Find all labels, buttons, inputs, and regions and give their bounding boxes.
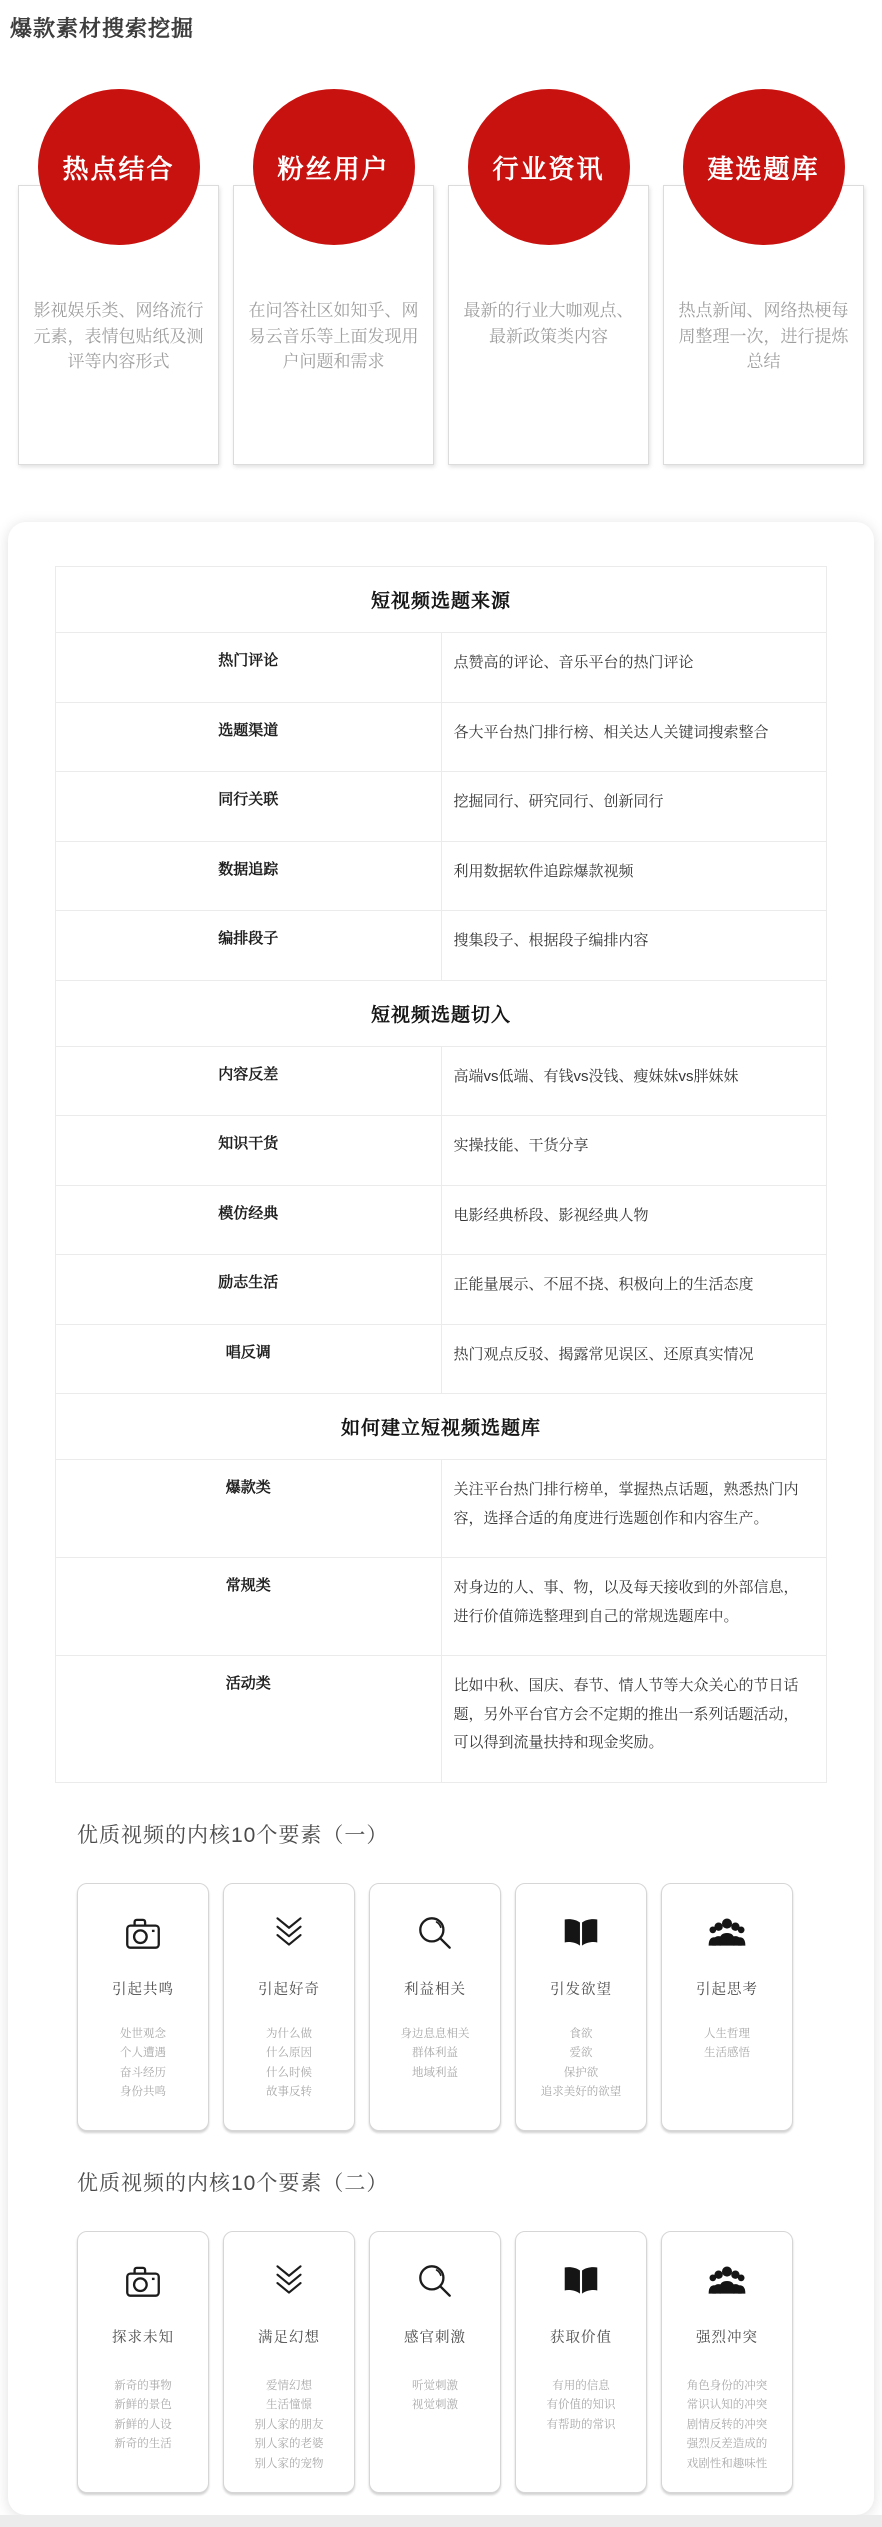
factor-detail-line: 听觉刺激 — [375, 2377, 495, 2397]
factor-card: 引发欲望 食欲 爱欲 保护欲 追求美好的欲望 — [515, 1883, 647, 2131]
factor-detail-line: 保护欲 — [521, 2064, 641, 2084]
factor-detail-line: 视觉刺激 — [375, 2396, 495, 2416]
factor-detail-line: 身边息息相关 — [375, 2025, 495, 2045]
pillar-label: 行业资讯 — [492, 149, 604, 186]
pillar-bubble: 建选题库 — [683, 89, 845, 245]
row-content: 正能量展示、不屈不挠、积极向上的生活态度 — [441, 1255, 827, 1325]
factor-detail-line: 有用的信息 — [521, 2377, 641, 2397]
camera-icon — [83, 1910, 203, 1956]
factor-card: 获取价值 有用的信息 有价值的知识 有帮助的常识 — [515, 2231, 647, 2493]
factor-card: 满足幻想 爱情幻想 生活憧憬 别人家的朋友 别人家的老婆 别人家的宠物 — [223, 2231, 355, 2493]
row-label: 知识干货 — [56, 1116, 442, 1186]
factor-detail-line: 食欲 — [521, 2025, 641, 2045]
table-row: 选题渠道 各大平台热门排行榜、相关达人关键词搜索整合 — [56, 702, 827, 772]
pillars-row: 热点结合 影视娱乐类、网络流行元素，表情包贴纸及测评等内容形式 粉丝用户 在问答… — [0, 89, 882, 465]
factor-section-2: 优质视频的内核10个要素（二） 探求未知 新奇的事物 新鲜的 — [8, 2167, 874, 2493]
pillar-label: 建选题库 — [707, 149, 819, 186]
row-content: 关注平台热门排行榜单，掌握热点话题，熟悉热门内容，选择合适的角度进行选题创作和内… — [441, 1460, 827, 1558]
table-section-header-row: 如何建立短视频选题库 — [56, 1394, 827, 1460]
open-book-icon — [521, 2258, 641, 2304]
factor-detail-line: 有帮助的常识 — [521, 2416, 641, 2436]
pillar-description: 影视娱乐类、网络流行元素，表情包贴纸及测评等内容形式 — [31, 298, 206, 375]
factor-details: 食欲 爱欲 保护欲 追求美好的欲望 — [521, 2025, 641, 2103]
row-label: 爆款类 — [56, 1460, 442, 1558]
row-content: 挖掘同行、研究同行、创新同行 — [441, 772, 827, 842]
pillar-topic-library: 建选题库 热点新闻、网络热梗每周整理一次，进行提炼总结 — [663, 89, 864, 465]
factor-detail-line: 处世观念 — [83, 2025, 203, 2045]
factor-card: 引起好奇 为什么做 什么原因 什么时候 故事反转 — [223, 1883, 355, 2131]
table-row: 励志生活 正能量展示、不屈不挠、积极向上的生活态度 — [56, 1255, 827, 1325]
row-content: 搜集段子、根据段子编排内容 — [441, 911, 827, 981]
pillar-fans-users: 粉丝用户 在问答社区如知乎、网易云音乐等上面发现用户问题和需求 — [233, 89, 434, 465]
factor-cards-row: 探求未知 新奇的事物 新鲜的景色 新鲜的人设 新奇的生活 — [77, 2231, 874, 2493]
factor-detail-line: 剧情反转的冲突 — [667, 2416, 787, 2436]
factor-detail-line: 什么原因 — [229, 2044, 349, 2064]
chevrons-down-icon — [229, 2258, 349, 2304]
row-label: 活动类 — [56, 1656, 442, 1783]
factor-card: 探求未知 新奇的事物 新鲜的景色 新鲜的人设 新奇的生活 — [77, 2231, 209, 2493]
section-heading: 优质视频的内核10个要素（一） — [77, 1819, 874, 1849]
table-section-header-row: 短视频选题切入 — [56, 980, 827, 1046]
pillar-industry-news: 行业资讯 最新的行业大咖观点、最新政策类内容 — [448, 89, 649, 465]
table-row: 编排段子 搜集段子、根据段子编排内容 — [56, 911, 827, 981]
factor-details: 人生哲理 生活感悟 — [667, 2025, 787, 2064]
pillar-hot-topics: 热点结合 影视娱乐类、网络流行元素，表情包贴纸及测评等内容形式 — [18, 89, 219, 465]
factor-card: 感官刺激 听觉刺激 视觉刺激 — [369, 2231, 501, 2493]
table-row: 同行关联 挖掘同行、研究同行、创新同行 — [56, 772, 827, 842]
row-label: 编排段子 — [56, 911, 442, 981]
factor-title: 感官刺激 — [375, 2326, 495, 2347]
factor-detail-line: 生活憧憬 — [229, 2396, 349, 2416]
row-label: 唱反调 — [56, 1324, 442, 1394]
page-title: 爆款素材搜索挖掘 — [10, 12, 882, 43]
factor-details: 有用的信息 有价值的知识 有帮助的常识 — [521, 2377, 641, 2436]
pillar-description: 在问答社区如知乎、网易云音乐等上面发现用户问题和需求 — [246, 298, 421, 375]
section-heading: 优质视频的内核10个要素（二） — [77, 2167, 874, 2197]
factor-card: 引起思考 人生哲理 生活感悟 — [661, 1883, 793, 2131]
factor-details: 爱情幻想 生活憧憬 别人家的朋友 别人家的老婆 别人家的宠物 — [229, 2377, 349, 2475]
row-label: 同行关联 — [56, 772, 442, 842]
row-label: 内容反差 — [56, 1046, 442, 1116]
factor-title: 引起共鸣 — [83, 1978, 203, 1999]
pillar-bubble: 粉丝用户 — [253, 89, 415, 245]
factor-detail-line: 新鲜的景色 — [83, 2396, 203, 2416]
table-row: 常规类 对身边的人、事、物，以及每天接收到的外部信息，进行价值筛选整理到自己的常… — [56, 1558, 827, 1656]
factor-detail-line: 群体利益 — [375, 2044, 495, 2064]
factor-title: 强烈冲突 — [667, 2326, 787, 2347]
factor-detail-line: 新奇的生活 — [83, 2435, 203, 2455]
factor-details: 听觉刺激 视觉刺激 — [375, 2377, 495, 2416]
pillar-description: 最新的行业大咖观点、最新政策类内容 — [461, 298, 636, 349]
factor-title: 引发欲望 — [521, 1978, 641, 1999]
row-content: 对身边的人、事、物，以及每天接收到的外部信息，进行价值筛选整理到自己的常规选题库… — [441, 1558, 827, 1656]
factor-detail-line: 故事反转 — [229, 2083, 349, 2103]
factor-detail-line: 有价值的知识 — [521, 2396, 641, 2416]
table-row: 内容反差 高端vs低端、有钱vs没钱、瘦妹妹vs胖妹妹 — [56, 1046, 827, 1116]
factor-detail-line: 身份共鸣 — [83, 2083, 203, 2103]
factor-card: 引起共鸣 处世观念 个人遭遇 奋斗经历 身份共鸣 — [77, 1883, 209, 2131]
factor-detail-line: 别人家的老婆 — [229, 2435, 349, 2455]
topic-table: 短视频选题来源 热门评论 点赞高的评论、音乐平台的热门评论 选题渠道 各大平台热… — [55, 566, 827, 1783]
footer-strip — [0, 2515, 882, 2527]
table-row: 唱反调 热门观点反驳、揭露常见误区、还原真实情况 — [56, 1324, 827, 1394]
factor-details: 新奇的事物 新鲜的景色 新鲜的人设 新奇的生活 — [83, 2377, 203, 2455]
row-content: 电影经典桥段、影视经典人物 — [441, 1185, 827, 1255]
factor-title: 引起思考 — [667, 1978, 787, 1999]
chevrons-down-icon — [229, 1910, 349, 1956]
factor-detail-line: 戏剧性和趣味性 — [667, 2455, 787, 2475]
content-card: 短视频选题来源 热门评论 点赞高的评论、音乐平台的热门评论 选题渠道 各大平台热… — [8, 522, 874, 2515]
pillar-description: 热点新闻、网络热梗每周整理一次，进行提炼总结 — [676, 298, 851, 375]
factor-detail-line: 强烈反差造成的 — [667, 2435, 787, 2455]
factor-section-1: 优质视频的内核10个要素（一） 引起共鸣 处世观念 个人遭遇 — [8, 1819, 874, 2131]
factor-cards-row: 引起共鸣 处世观念 个人遭遇 奋斗经历 身份共鸣 — [77, 1883, 874, 2131]
table-row: 模仿经典 电影经典桥段、影视经典人物 — [56, 1185, 827, 1255]
factor-detail-line: 别人家的朋友 — [229, 2416, 349, 2436]
row-content: 比如中秋、国庆、春节、情人节等大众关心的节日话题，另外平台官方会不定期的推出一系… — [441, 1656, 827, 1783]
row-label: 模仿经典 — [56, 1185, 442, 1255]
row-label: 热门评论 — [56, 633, 442, 703]
factor-details: 处世观念 个人遭遇 奋斗经历 身份共鸣 — [83, 2025, 203, 2103]
factor-detail-line: 奋斗经历 — [83, 2064, 203, 2084]
factor-detail-line: 什么时候 — [229, 2064, 349, 2084]
row-label: 数据追踪 — [56, 841, 442, 911]
row-label: 常规类 — [56, 1558, 442, 1656]
table-row: 知识干货 实操技能、干货分享 — [56, 1116, 827, 1186]
factor-detail-line: 个人遭遇 — [83, 2044, 203, 2064]
factor-detail-line: 爱欲 — [521, 2044, 641, 2064]
magnifier-icon — [375, 2258, 495, 2304]
table-section-title: 短视频选题切入 — [56, 980, 827, 1046]
factor-details: 角色身份的冲突 常识认知的冲突 剧情反转的冲突 强烈反差造成的 戏剧性和趣味性 — [667, 2377, 787, 2475]
row-label: 励志生活 — [56, 1255, 442, 1325]
factor-detail-line: 爱情幻想 — [229, 2377, 349, 2397]
factor-detail-line: 人生哲理 — [667, 2025, 787, 2045]
factor-details: 为什么做 什么原因 什么时候 故事反转 — [229, 2025, 349, 2103]
pillar-bubble: 热点结合 — [38, 89, 200, 245]
table-row: 活动类 比如中秋、国庆、春节、情人节等大众关心的节日话题，另外平台官方会不定期的… — [56, 1656, 827, 1783]
factor-detail-line: 生活感悟 — [667, 2044, 787, 2064]
factor-title: 引起好奇 — [229, 1978, 349, 1999]
infographic-page: 爆款素材搜索挖掘 热点结合 影视娱乐类、网络流行元素，表情包贴纸及测评等内容形式… — [0, 0, 882, 2527]
row-content: 各大平台热门排行榜、相关达人关键词搜索整合 — [441, 702, 827, 772]
row-label: 选题渠道 — [56, 702, 442, 772]
factor-detail-line: 角色身份的冲突 — [667, 2377, 787, 2397]
row-content: 利用数据软件追踪爆款视频 — [441, 841, 827, 911]
factor-card: 强烈冲突 角色身份的冲突 常识认知的冲突 剧情反转的冲突 强烈反差造成的 戏剧性… — [661, 2231, 793, 2493]
people-group-icon — [667, 1910, 787, 1956]
factor-detail-line: 别人家的宠物 — [229, 2455, 349, 2475]
factor-title: 探求未知 — [83, 2326, 203, 2347]
table-section-title: 如何建立短视频选题库 — [56, 1394, 827, 1460]
hero-section: 爆款素材搜索挖掘 热点结合 影视娱乐类、网络流行元素，表情包贴纸及测评等内容形式… — [0, 0, 882, 465]
table-section-header-row: 短视频选题来源 — [56, 567, 827, 633]
factor-details: 身边息息相关 群体利益 地域利益 — [375, 2025, 495, 2084]
factor-detail-line: 追求美好的欲望 — [521, 2083, 641, 2103]
table-row: 数据追踪 利用数据软件追踪爆款视频 — [56, 841, 827, 911]
magnifier-icon — [375, 1910, 495, 1956]
row-content: 热门观点反驳、揭露常见误区、还原真实情况 — [441, 1324, 827, 1394]
row-content: 高端vs低端、有钱vs没钱、瘦妹妹vs胖妹妹 — [441, 1046, 827, 1116]
camera-icon — [83, 2258, 203, 2304]
factor-detail-line: 新鲜的人设 — [83, 2416, 203, 2436]
pillar-label: 热点结合 — [62, 149, 174, 186]
factor-detail-line: 新奇的事物 — [83, 2377, 203, 2397]
table-row: 爆款类 关注平台热门排行榜单，掌握热点话题，熟悉热门内容，选择合适的角度进行选题… — [56, 1460, 827, 1558]
pillar-label: 粉丝用户 — [277, 149, 389, 186]
row-content: 点赞高的评论、音乐平台的热门评论 — [441, 633, 827, 703]
factor-detail-line: 地域利益 — [375, 2064, 495, 2084]
factor-detail-line: 常识认知的冲突 — [667, 2396, 787, 2416]
factor-title: 利益相关 — [375, 1978, 495, 1999]
people-group-icon — [667, 2258, 787, 2304]
table-row: 热门评论 点赞高的评论、音乐平台的热门评论 — [56, 633, 827, 703]
factor-title: 满足幻想 — [229, 2326, 349, 2347]
open-book-icon — [521, 1910, 641, 1956]
factor-card: 利益相关 身边息息相关 群体利益 地域利益 — [369, 1883, 501, 2131]
pillar-bubble: 行业资讯 — [468, 89, 630, 245]
table-section-title: 短视频选题来源 — [56, 567, 827, 633]
factor-detail-line: 为什么做 — [229, 2025, 349, 2045]
factor-title: 获取价值 — [521, 2326, 641, 2347]
row-content: 实操技能、干货分享 — [441, 1116, 827, 1186]
